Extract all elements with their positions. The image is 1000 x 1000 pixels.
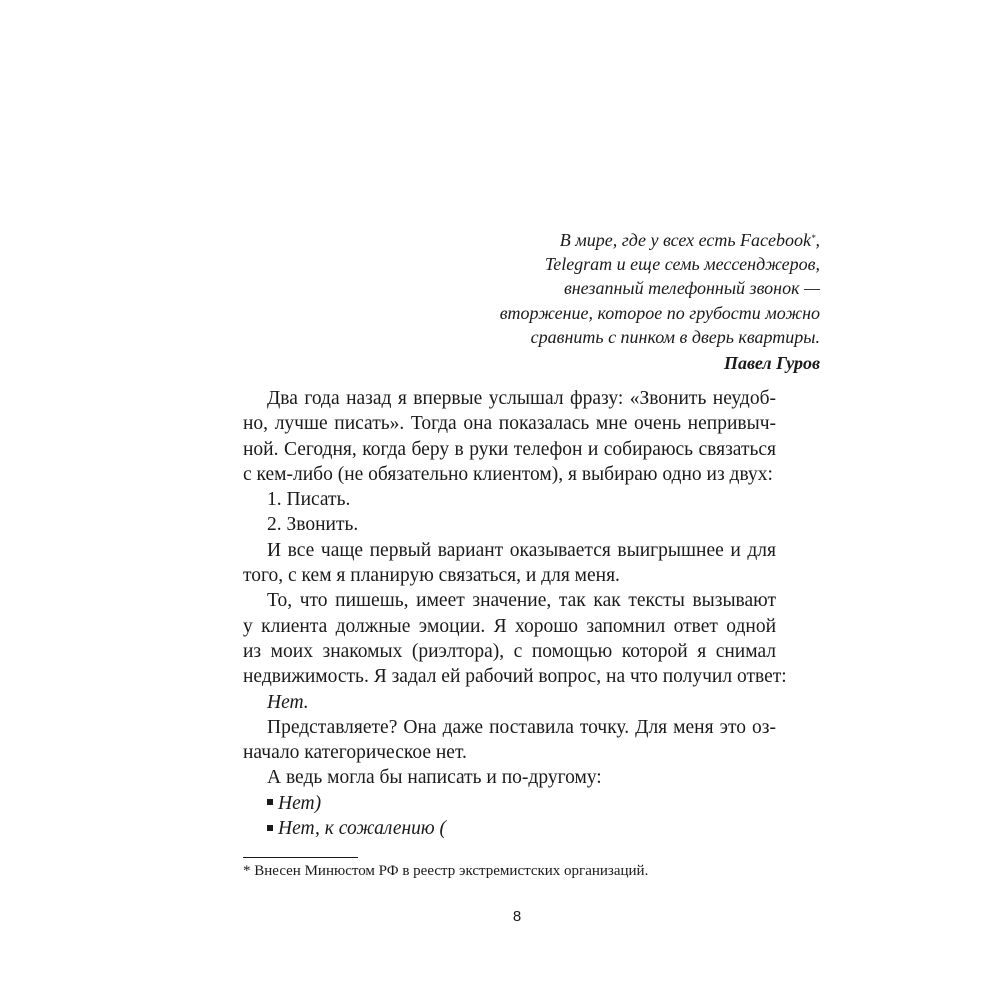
paragraph-5: А ведь могла бы написать и по-другому:	[243, 765, 776, 790]
text-line: начало категорическое нет.	[243, 740, 776, 765]
text-line: того, с кем я планирую связаться, и для …	[243, 563, 776, 588]
text-line: недвижимость. Я задал ей рабочий вопрос,…	[243, 664, 776, 689]
epigraph-line: сравнить с пинком в дверь квартиры.	[420, 325, 820, 349]
list-item: 1. Писать.	[243, 487, 776, 512]
text-line: Представляете? Она даже поставила точку.…	[243, 715, 776, 740]
bullet-item: Нет)	[243, 791, 776, 816]
epigraph-text: В мире, где у всех есть Facebook	[560, 230, 811, 250]
bullet-text: Нет)	[278, 793, 321, 814]
footnote-divider	[243, 857, 358, 858]
answer-text: Нет.	[243, 690, 776, 715]
text-line: у клиента должные эмоции. Я хорошо запом…	[243, 614, 776, 639]
epigraph-comma: ,	[816, 230, 821, 250]
footnote-marker: *	[811, 233, 816, 243]
text-line: ной. Сегодня, когда беру в руки телефон …	[243, 437, 776, 462]
paragraph-4: Представляете? Она даже поставила точку.…	[243, 715, 776, 766]
epigraph-line: внезапный телефонный звонок —	[420, 276, 820, 300]
paragraph-2: И все чаще первый вариант оказывается вы…	[243, 538, 776, 589]
text-line: То, что пишешь, имеет значение, так как …	[243, 588, 776, 613]
footnote: * Внесен Минюстом РФ в реестр экстремист…	[243, 862, 648, 880]
body-text: Два года назад я впервые услышал фразу: …	[243, 386, 776, 841]
epigraph-author: Павел Гуров	[420, 351, 820, 375]
text-line: И все чаще первый вариант оказывается вы…	[243, 538, 776, 563]
text-line: с кем-либо (не обязательно клиентом), я …	[243, 462, 776, 487]
paragraph-1: Два года назад я впервые услышал фразу: …	[243, 386, 776, 487]
epigraph-line: В мире, где у всех есть Facebook*,	[420, 228, 820, 252]
text-line: Два года назад я впервые услышал фразу: …	[243, 386, 776, 411]
numbered-list: 1. Писать. 2. Звонить.	[243, 487, 776, 538]
text-line: из моих знакомых (риэлтора), с помощью к…	[243, 639, 776, 664]
bullet-list: Нет) Нет, к сожалению (	[243, 791, 776, 842]
epigraph-line: вторжение, которое по грубости можно	[420, 301, 820, 325]
bullet-item: Нет, к сожалению (	[243, 816, 776, 841]
list-item: 2. Звонить.	[243, 512, 776, 537]
bullet-text: Нет, к сожалению (	[278, 818, 446, 839]
epigraph: В мире, где у всех есть Facebook*, Teleg…	[420, 228, 820, 375]
square-bullet-icon	[267, 799, 273, 805]
paragraph-3: То, что пишешь, имеет значение, так как …	[243, 588, 776, 689]
square-bullet-icon	[267, 825, 273, 831]
epigraph-line: Telegram и еще семь мессенджеров,	[420, 252, 820, 276]
text-line: но, лучше писать». Тогда она показалась …	[243, 411, 776, 436]
page-number: 8	[0, 908, 1000, 925]
